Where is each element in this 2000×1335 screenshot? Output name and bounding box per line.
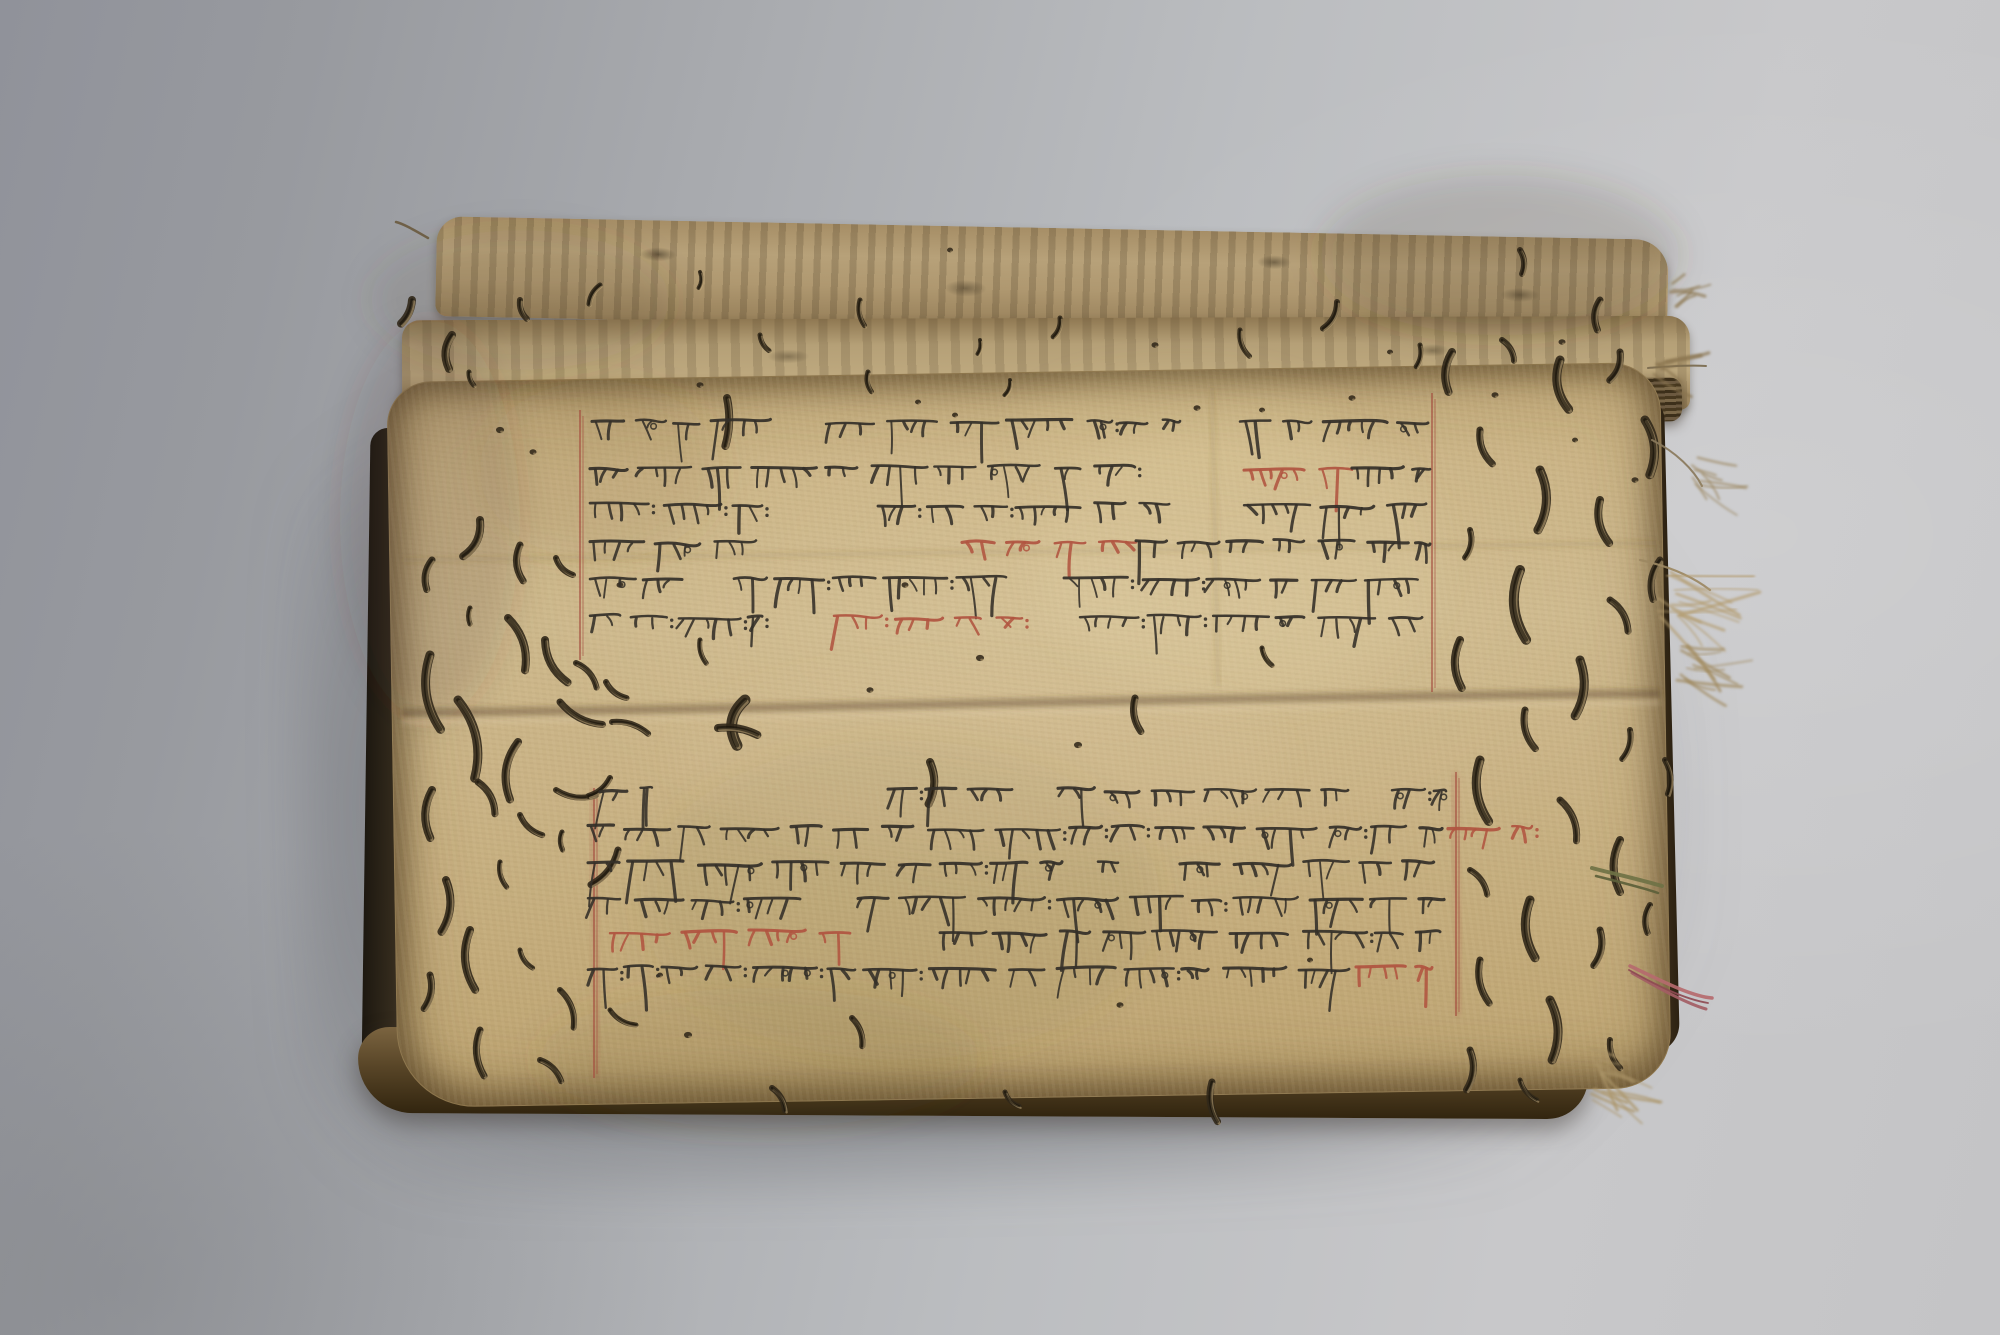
manuscript-detail-layer	[0, 0, 2000, 1335]
manuscript-photo	[0, 0, 2000, 1335]
